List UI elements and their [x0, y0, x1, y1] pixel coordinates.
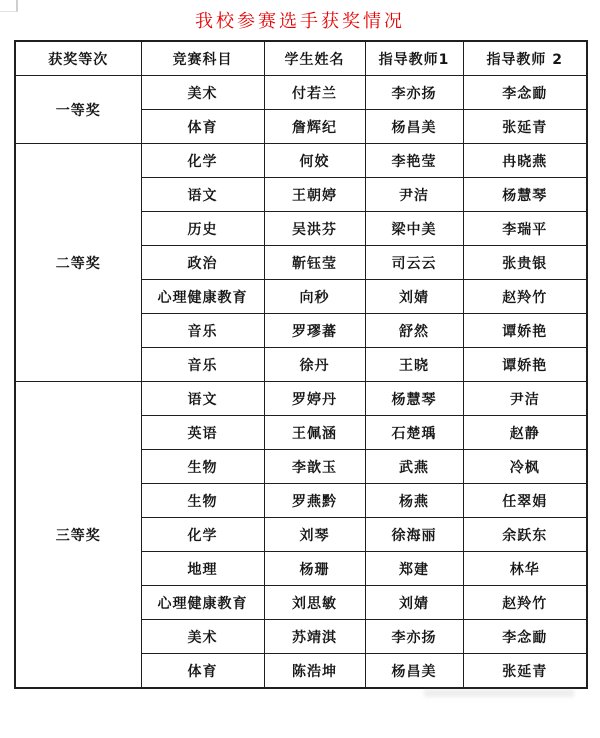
- subject-cell: 美术: [141, 76, 264, 110]
- teacher1-cell: 李亦扬: [365, 76, 463, 110]
- award-level-cell: 二等奖: [15, 144, 141, 382]
- teacher2-cell: 李瑞平: [463, 212, 587, 246]
- student-cell: 王佩涵: [264, 416, 365, 450]
- teacher1-cell: 杨慧琴: [365, 382, 463, 416]
- teacher1-cell: 徐海丽: [365, 518, 463, 552]
- student-cell: 罗燕黔: [264, 484, 365, 518]
- teacher1-cell: 李艳莹: [365, 144, 463, 178]
- table-row: 一等奖美术付若兰李亦扬李念勔: [15, 76, 587, 110]
- student-cell: 付若兰: [264, 76, 365, 110]
- subject-cell: 心理健康教育: [141, 586, 264, 620]
- header-award-level: 获奖等次: [15, 41, 141, 76]
- header-row: 获奖等次 竞赛科目 学生姓名 指导教师1 指导教师 2: [15, 41, 587, 76]
- teacher1-cell: 司云云: [365, 246, 463, 280]
- student-cell: 李歆玉: [264, 450, 365, 484]
- teacher2-cell: 谭娇艳: [463, 314, 587, 348]
- student-cell: 向秒: [264, 280, 365, 314]
- subject-cell: 历史: [141, 212, 264, 246]
- subject-cell: 语文: [141, 382, 264, 416]
- student-cell: 罗璆蕃: [264, 314, 365, 348]
- teacher2-cell: 李念勔: [463, 76, 587, 110]
- subject-cell: 语文: [141, 178, 264, 212]
- header-subject: 竞赛科目: [141, 41, 264, 76]
- student-cell: 靳钰莹: [264, 246, 365, 280]
- subject-cell: 生物: [141, 484, 264, 518]
- student-cell: 徐丹: [264, 348, 365, 382]
- subject-cell: 音乐: [141, 348, 264, 382]
- table-row: 二等奖化学何姣李艳莹冉晓燕: [15, 144, 587, 178]
- teacher2-cell: 赵羚竹: [463, 280, 587, 314]
- teacher2-cell: 林华: [463, 552, 587, 586]
- subject-cell: 体育: [141, 110, 264, 144]
- subject-cell: 生物: [141, 450, 264, 484]
- student-cell: 罗婷丹: [264, 382, 365, 416]
- teacher2-cell: 赵静: [463, 416, 587, 450]
- teacher1-cell: 杨昌美: [365, 110, 463, 144]
- student-cell: 陈浩坤: [264, 654, 365, 689]
- teacher2-cell: 任翠娟: [463, 484, 587, 518]
- teacher1-cell: 刘婧: [365, 280, 463, 314]
- subject-cell: 英语: [141, 416, 264, 450]
- teacher2-cell: 赵羚竹: [463, 586, 587, 620]
- student-cell: 詹辉纪: [264, 110, 365, 144]
- subject-cell: 体育: [141, 654, 264, 689]
- teacher2-cell: 张延青: [463, 110, 587, 144]
- teacher1-cell: 李亦扬: [365, 620, 463, 654]
- subject-cell: 政治: [141, 246, 264, 280]
- header-teacher2: 指导教师 2: [463, 41, 587, 76]
- teacher1-cell: 郑建: [365, 552, 463, 586]
- student-cell: 王朝婷: [264, 178, 365, 212]
- teacher1-cell: 尹洁: [365, 178, 463, 212]
- page-title: 我校参赛选手获奖情况: [0, 11, 600, 33]
- teacher1-cell: 石楚瑀: [365, 416, 463, 450]
- subject-cell: 地理: [141, 552, 264, 586]
- teacher2-cell: 冷枫: [463, 450, 587, 484]
- faint-watermark: [424, 689, 574, 697]
- teacher2-cell: 杨慧琴: [463, 178, 587, 212]
- teacher2-cell: 李念勔: [463, 620, 587, 654]
- teacher2-cell: 张延青: [463, 654, 587, 689]
- student-cell: 刘琴: [264, 518, 365, 552]
- teacher1-cell: 武燕: [365, 450, 463, 484]
- teacher2-cell: 谭娇艳: [463, 348, 587, 382]
- subject-cell: 化学: [141, 144, 264, 178]
- teacher2-cell: 张贵银: [463, 246, 587, 280]
- teacher1-cell: 杨燕: [365, 484, 463, 518]
- teacher1-cell: 梁中美: [365, 212, 463, 246]
- teacher1-cell: 王晓: [365, 348, 463, 382]
- subject-cell: 化学: [141, 518, 264, 552]
- teacher1-cell: 杨昌美: [365, 654, 463, 689]
- subject-cell: 美术: [141, 620, 264, 654]
- teacher2-cell: 尹洁: [463, 382, 587, 416]
- student-cell: 何姣: [264, 144, 365, 178]
- subject-cell: 心理健康教育: [141, 280, 264, 314]
- subject-cell: 音乐: [141, 314, 264, 348]
- student-cell: 苏靖淇: [264, 620, 365, 654]
- teacher2-cell: 冉晓燕: [463, 144, 587, 178]
- student-cell: 杨珊: [264, 552, 365, 586]
- header-student-name: 学生姓名: [264, 41, 365, 76]
- table-body: 一等奖美术付若兰李亦扬李念勔体育詹辉纪杨昌美张延青二等奖化学何姣李艳莹冉晓燕语文…: [15, 76, 587, 689]
- awards-table: 获奖等次 竞赛科目 学生姓名 指导教师1 指导教师 2 一等奖美术付若兰李亦扬李…: [14, 40, 588, 689]
- header-teacher1: 指导教师1: [365, 41, 463, 76]
- student-cell: 刘思敏: [264, 586, 365, 620]
- student-cell: 吴洪芬: [264, 212, 365, 246]
- table-row: 三等奖语文罗婷丹杨慧琴尹洁: [15, 382, 587, 416]
- teacher2-cell: 余跃东: [463, 518, 587, 552]
- teacher1-cell: 舒然: [365, 314, 463, 348]
- award-level-cell: 三等奖: [15, 382, 141, 689]
- teacher1-cell: 刘婧: [365, 586, 463, 620]
- stray-corner-artifact: [0, 0, 18, 12]
- award-level-cell: 一等奖: [15, 76, 141, 144]
